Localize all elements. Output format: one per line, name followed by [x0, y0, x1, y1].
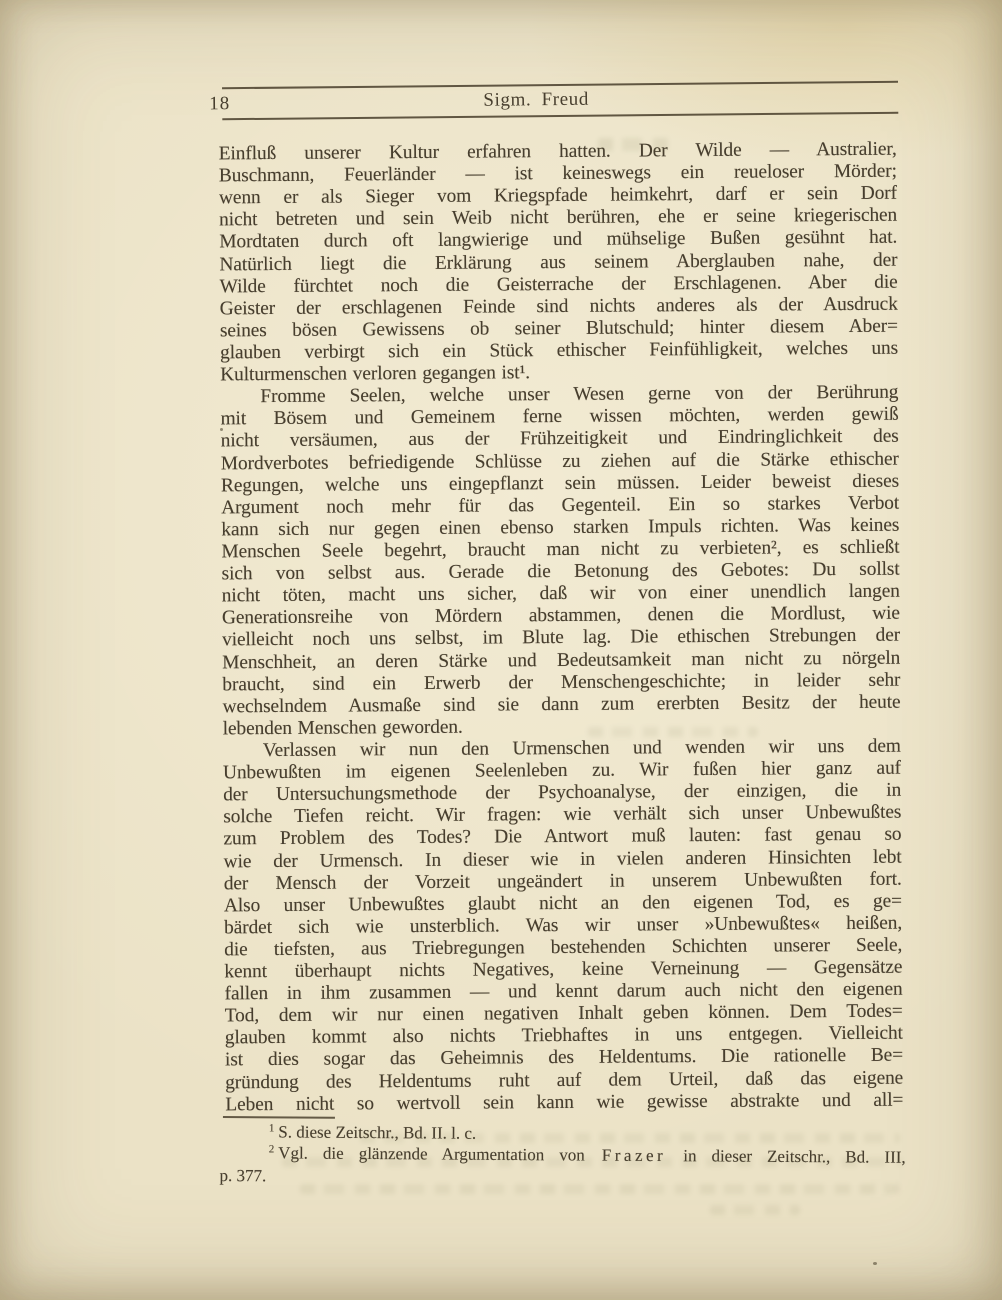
bleed-through-smudge — [710, 1205, 800, 1215]
bleed-through-smudge — [300, 1184, 900, 1194]
page-header: 18 Sigm. Freud — [222, 81, 898, 87]
footnote-1-marker: 1 — [269, 1122, 275, 1134]
scanned-page: 18 Sigm. Freud Einfluß unserer Kultur er… — [0, 0, 1002, 1300]
page-number: 18 — [209, 93, 230, 115]
bleed-through-smudge — [282, 1157, 902, 1167]
ink-speck — [873, 1262, 877, 1265]
bleed-through-smudge — [598, 138, 670, 151]
bleed-through-smudge — [588, 727, 758, 737]
header-rule-top — [222, 81, 898, 89]
footnote-2-marker: 2 — [269, 1144, 275, 1156]
text-line: wechselndem Ausmaße sind sie dann zum er… — [222, 691, 900, 718]
ink-speck — [220, 428, 223, 431]
running-header: Sigm. Freud — [483, 89, 589, 112]
bleed-through-smudge — [360, 1133, 900, 1143]
footnote-separator — [223, 1116, 335, 1118]
footnotes: 1S. diese Zeitschr., Bd. II. l. c. 2Vgl.… — [220, 1110, 906, 1191]
body-text: Einfluß unserer Kultur erfahren hatten. … — [219, 139, 904, 1117]
header-rule-bottom — [222, 112, 898, 120]
